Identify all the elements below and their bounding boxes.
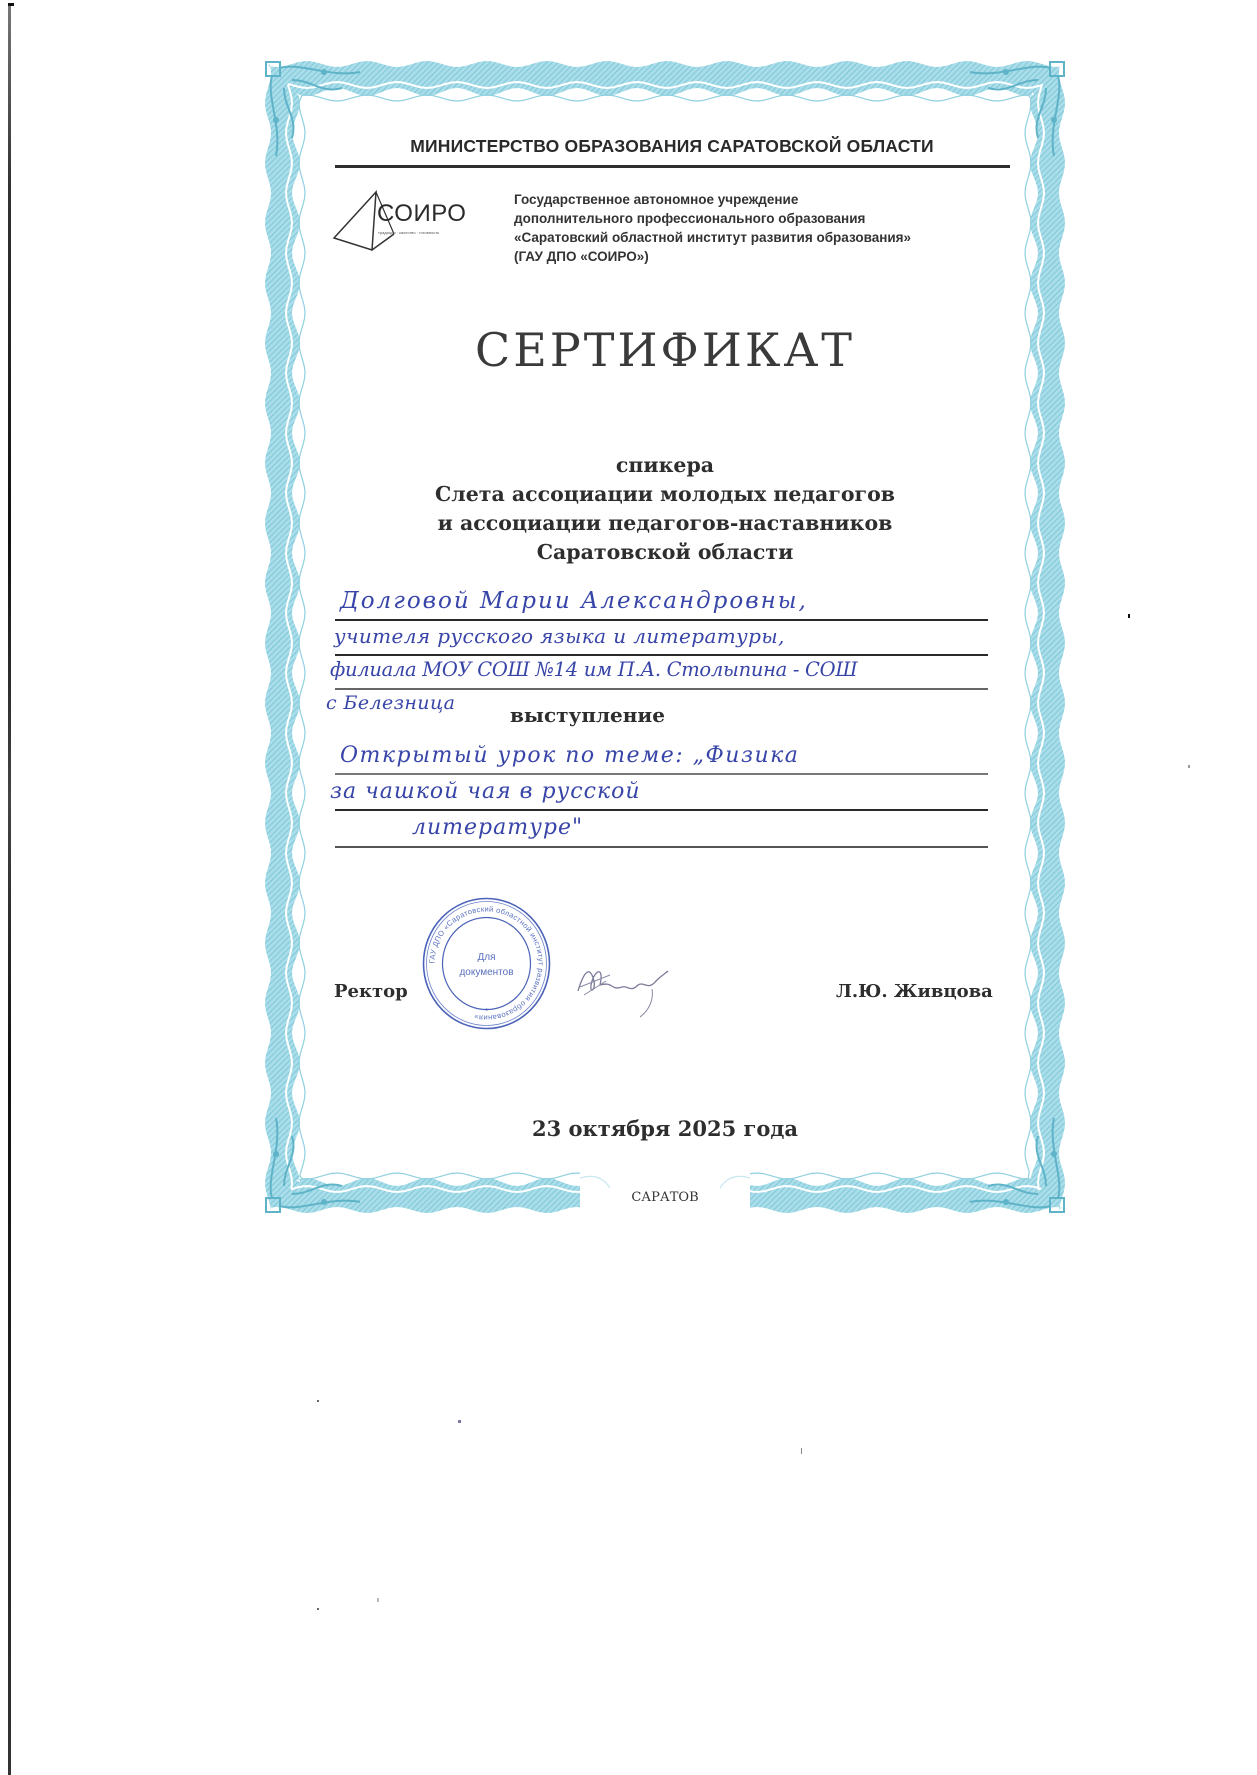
institution-name: Государственное автономное учреждение до… (514, 190, 1014, 266)
recipient-place-handwritten: с Белезница (326, 692, 455, 714)
recipient-position-handwritten: учителя русского языка и литературы, (334, 624, 785, 648)
fill-line (335, 654, 988, 656)
certificate-subtitle: спикера Слета ассоциации молодых педагог… (262, 451, 1068, 567)
certificate-title: СЕРТИФИКАТ (262, 323, 1068, 377)
subtitle-line: Слета ассоциации молодых педагогов (262, 480, 1068, 509)
scan-speck (458, 1420, 461, 1423)
scan-edge-cap (8, 3, 14, 6)
performance-topic-handwritten: литературе" (412, 815, 583, 840)
certificate-city: САРАТОВ (262, 1190, 1068, 1205)
fill-line (335, 619, 988, 621)
fill-line (335, 773, 988, 775)
official-stamp-icon: ГАУ ДПО «Саратовский областной институт … (419, 896, 554, 1031)
subtitle-line: спикера (262, 451, 1068, 480)
performance-topic-handwritten: за чашкой чая в русской (330, 779, 641, 804)
scan-edge-line (8, 4, 11, 1775)
fill-line (335, 809, 988, 811)
ministry-divider (335, 165, 1010, 168)
certificate: МИНИСТЕРСТВО ОБРАЗОВАНИЯ САРАТОВСКОЙ ОБЛ… (262, 58, 1068, 1216)
scan-speck (1188, 765, 1190, 768)
scan-speck (317, 1400, 319, 1402)
fill-line (335, 846, 988, 848)
svg-text:*: * (485, 1007, 488, 1016)
subtitle-line: и ассоциации педагогов-наставников (262, 509, 1068, 538)
scan-speck (1128, 614, 1130, 618)
recipient-school-handwritten: филиала МОУ СОШ №14 им П.А. Столыпина - … (330, 658, 857, 681)
institution-line: Государственное автономное учреждение (514, 190, 1014, 209)
institution-line: дополнительного профессионального образо… (514, 209, 1014, 228)
scan-speck (801, 1448, 802, 1454)
performance-topic-handwritten: Открытый урок по теме: „Физика (340, 743, 799, 768)
soiro-logo: СОИРО традиции · качество · готовность (332, 190, 492, 255)
signatory-name: Л.Ю. Живцова (836, 981, 993, 1002)
logo-tagline: традиции · качество · готовность (378, 230, 439, 235)
institution-line: (ГАУ ДПО «СОИРО») (514, 247, 1014, 266)
subtitle-line: Саратовской области (262, 538, 1068, 567)
signatory-role: Ректор (334, 981, 408, 1002)
institution-line: «Саратовский областной институт развития… (514, 228, 1014, 247)
rector-signature-icon (570, 951, 680, 1021)
fill-line (335, 688, 988, 690)
ministry-heading: МИНИСТЕРСТВО ОБРАЗОВАНИЯ САРАТОВСКОЙ ОБЛ… (342, 136, 1002, 157)
scan-speck (377, 1598, 379, 1602)
svg-text:ГАУ ДПО «Саратовский областной: ГАУ ДПО «Саратовский областной институт … (427, 904, 545, 1022)
svg-text:документов: документов (459, 967, 513, 978)
recipient-name-handwritten: Долговой Марии Александровны, (340, 588, 808, 614)
certificate-date: 23 октября 2025 года (262, 1116, 1068, 1141)
performance-label: выступление (510, 703, 665, 727)
logo-text: СОИРО (377, 200, 466, 228)
svg-text:Для: Для (477, 952, 495, 963)
scan-speck (317, 1608, 319, 1610)
